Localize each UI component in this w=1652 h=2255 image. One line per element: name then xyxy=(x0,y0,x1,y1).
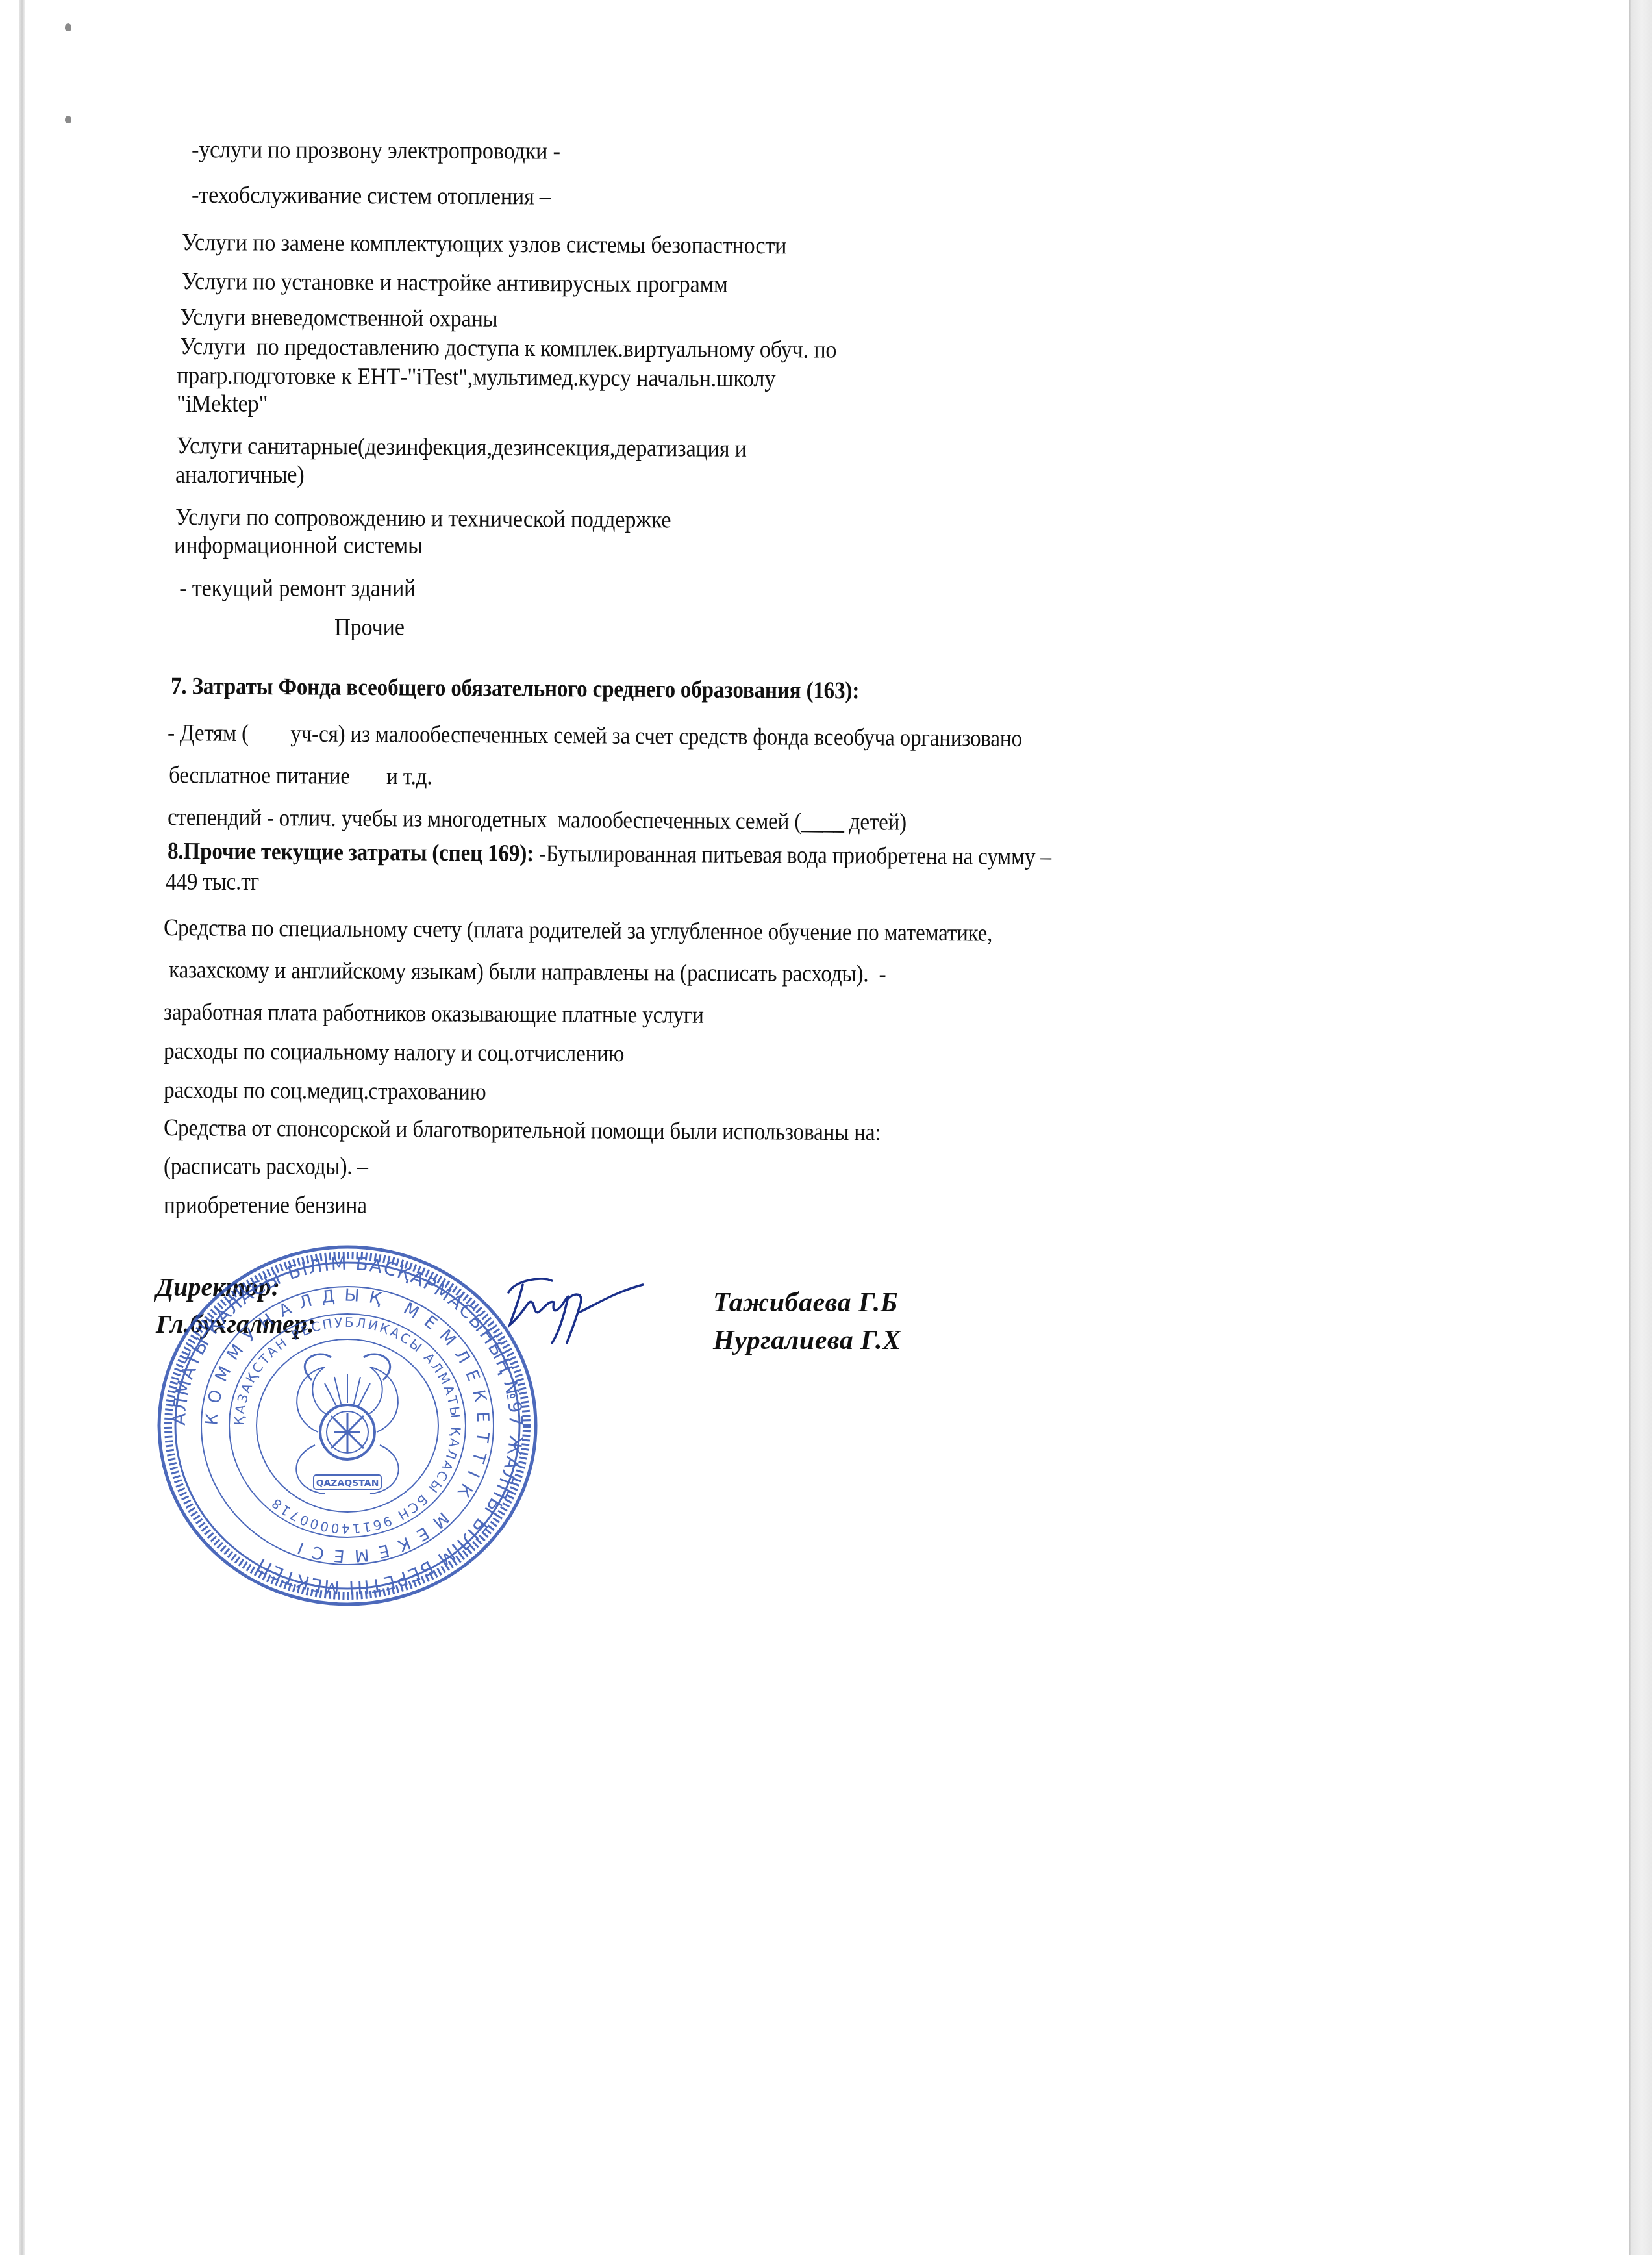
services-line: праrр.подготовке к ЕНТ-"iTest",мультимед… xyxy=(177,364,775,391)
services-other-label: Прочие xyxy=(334,616,405,640)
services-line: Услуги вневедомственной охраны xyxy=(180,305,498,331)
services-line: "iMektep" xyxy=(177,392,268,416)
services-line: информационной системы xyxy=(174,534,423,558)
services-line: аналогичные) xyxy=(175,463,304,487)
section-8-heading: 8.Прочие текущие затраты (спец 169): xyxy=(168,838,534,867)
punch-hole-mark xyxy=(65,116,71,123)
section-8-line: расходы по социальному налогу и соц.отчи… xyxy=(164,1039,624,1066)
services-line: Услуги по замене комплектующих узлов сис… xyxy=(182,231,786,258)
section-7-heading: 7. Затраты Фонда всеобщего обязательного… xyxy=(171,674,859,703)
section-8-line: (расписать расходы). – xyxy=(164,1155,368,1179)
kazakhstan-emblem-icon xyxy=(296,1354,398,1494)
section-8-heading-row: 8.Прочие текущие затраты (спец 169): -Бу… xyxy=(168,839,1051,869)
accountant-name: Нургалиева Г.Х xyxy=(713,1325,901,1356)
section-7-line: степендий - отлич. учебы из многодетных … xyxy=(168,805,907,835)
section-8-line: заработная плата работников оказывающие … xyxy=(164,1000,704,1027)
section-8-line: Средства от спонсорской и благотворитель… xyxy=(164,1116,881,1144)
services-line: -услуги по прозвону электропроводки - xyxy=(192,138,560,164)
services-line: - текущий ремонт зданий xyxy=(174,577,416,601)
services-line: -техобслуживание систем отопления – xyxy=(192,183,551,209)
section-8-line: Средства по специальному счету (плата ро… xyxy=(164,916,992,946)
scan-edge-left xyxy=(19,0,25,2255)
section-8-line: казахскому и английскому языкам) были на… xyxy=(164,958,886,986)
official-stamp: АЛМАТЫ ҚАЛАСЫ БІЛІМ БАСҚАРМАСЫНЫҢ №97 ЖА… xyxy=(156,1244,539,1607)
services-line: Услуги по предоставлению доступа к компл… xyxy=(180,334,836,362)
section-7-line: бесплатное питание и т.д. xyxy=(164,763,432,788)
stamp-emblem-label: QAZAQSTAN xyxy=(316,1478,379,1489)
punch-hole-mark xyxy=(65,23,71,31)
services-line: Услуги по установке и настройке антивиру… xyxy=(182,270,728,297)
section-7-line: - Детям ( уч-ся) из малообеспеченных сем… xyxy=(162,721,1022,751)
section-8-line: приобретение бензина xyxy=(164,1194,367,1218)
director-name: Тажибаева Г.Б xyxy=(713,1287,898,1318)
services-line: Услуги санитарные(дезинфекция,дезинсекци… xyxy=(177,434,747,461)
section-8-amount: 449 тыс.тг xyxy=(166,870,259,894)
section-8-line: расходы по соц.медиц.страхованию xyxy=(164,1078,486,1104)
section-8-heading-tail: -Бутылированная питьевая вода приобретен… xyxy=(534,840,1051,870)
services-line: Услуги по сопровождению и технической по… xyxy=(175,505,671,532)
scan-edge-right xyxy=(1629,0,1652,2255)
